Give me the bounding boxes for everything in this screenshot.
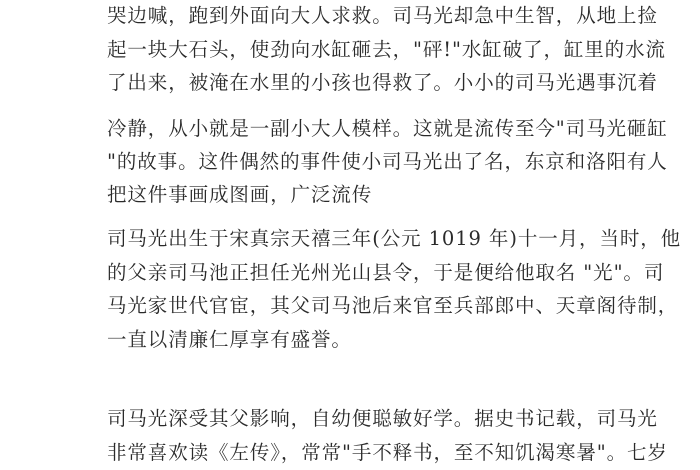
text-line: 司马光出生于宋真宗天禧三年(公元 1019 年)十一月，当时，他 (107, 227, 681, 251)
text-line: 把这件事画成图画，广泛流传 (107, 183, 372, 207)
text-line: 起一块大石头，使劲向水缸砸去，"砰!"水缸破了，缸里的水流 (107, 38, 666, 62)
text-line: 一直以清廉仁厚享有盛誉。 (107, 328, 352, 352)
text-line: 了出来，被淹在水里的小孩也得救了。小小的司马光遇事沉着 (107, 71, 658, 95)
text-line: "的故事。这件偶然的事件使小司马光出了名，东京和洛阳有人 (107, 150, 668, 174)
text-line: 马光家世代官宦，其父司马池后来官至兵部郎中、天章阁待制， (107, 294, 678, 318)
text-line: 哭边喊，跑到外面向大人求救。司马光却急中生智，从地上捡 (107, 4, 658, 28)
text-line: 的父亲司马池正担任光州光山县令，于是便给他取名 "光"。司 (107, 261, 664, 285)
text-line: 冷静，从小就是一副小大人模样。这就是流传至今"司马光砸缸 (107, 117, 668, 141)
text-line: 司马光深受其父影响，自幼便聪敏好学。据史书记载，司马光 (107, 407, 658, 431)
text-line: 非常喜欢读《左传》，常常"手不释书，至不知饥渴寒暑"。七岁 (107, 441, 668, 465)
